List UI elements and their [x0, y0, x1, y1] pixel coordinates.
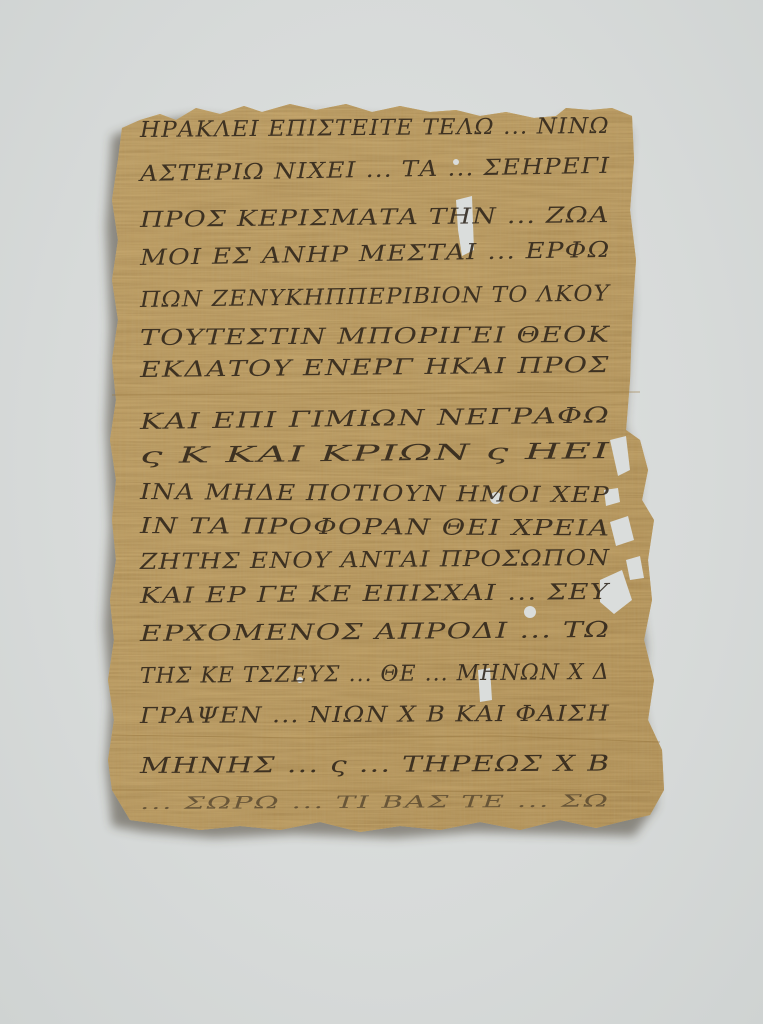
text-line: ΠΡΟΣ ΚΕΡΙΣΜΑΤΑ ΤΗΝ ... ΖΩΑ: [140, 203, 610, 233]
papyrus-fragment: [0, 0, 763, 1024]
text-line: ΗΡΑΚΛΕΙ ΕΠΙΣΤΕΙΤΕ ΤΕΛΩ ... ΝΙΝΩ: [140, 114, 610, 143]
text-line: ΚΑΙ ΕΡ ΓΕ ΚΕ ΕΠΙΣΧΑΙ ... ΣΕΥ: [140, 580, 610, 609]
text-line: ΤΗΣ ΚΕ ΤΣΖΕΥΣ ... ΘΕ ... ΜΗΝΩΝ Χ Δ: [140, 660, 610, 689]
text-line: ΤΟΥΤΕΣΤΙΝ ΜΠΟΡΙΓΕΙ ΘΕΟΚ: [140, 323, 610, 351]
text-line: ΙΝ ΤΑ ΠΡΟΦΟΡΑΝ ΘΕΙ ΧΡΕΙΑ: [140, 514, 611, 541]
text-line: ΕΡΧΟΜΕΝΟΣ ΑΠΡΟΔΙ ... ΤΩ: [140, 618, 611, 647]
text-line: ΕΚΔΑΤΟΥ ΕΝΕΡΓ ΗΚΑΙ ΠΡΟΣ: [140, 353, 610, 383]
text-line: ΓΡΑΨΕΝ ... ΝΙΩΝ Χ Β ΚΑΙ ΦΑΙΣΗ: [140, 702, 610, 729]
text-line: ΙΝΑ ΜΗΔΕ ΠΟΤΙΟΥΝ ΗΜΟΙ ΧΕΡ: [140, 480, 610, 508]
text-line: ΜΗΝΗΣ ... ς ... ΤΗΡΕΩΣ Χ Β: [140, 752, 611, 779]
text-line: ... ΣΩΡΩ ... ΤΙ ΒΑΣ ΤΕ ... ΣΩ: [140, 792, 610, 814]
photo-scene: ΗΡΑΚΛΕΙ ΕΠΙΣΤΕΙΤΕ ΤΕΛΩ ... ΝΙΝΩ ΑΣΤΕΡΙΩ …: [0, 0, 763, 1024]
text-line: ΖΗΤΗΣ ΕΝΟΥ ΑΝΤΑΙ ΠΡΟΣΩΠΟΝ: [140, 546, 611, 575]
text-line: ς Κ ΚΑΙ ΚΡΙΩΝ ς ΗΕΙ: [140, 439, 611, 469]
